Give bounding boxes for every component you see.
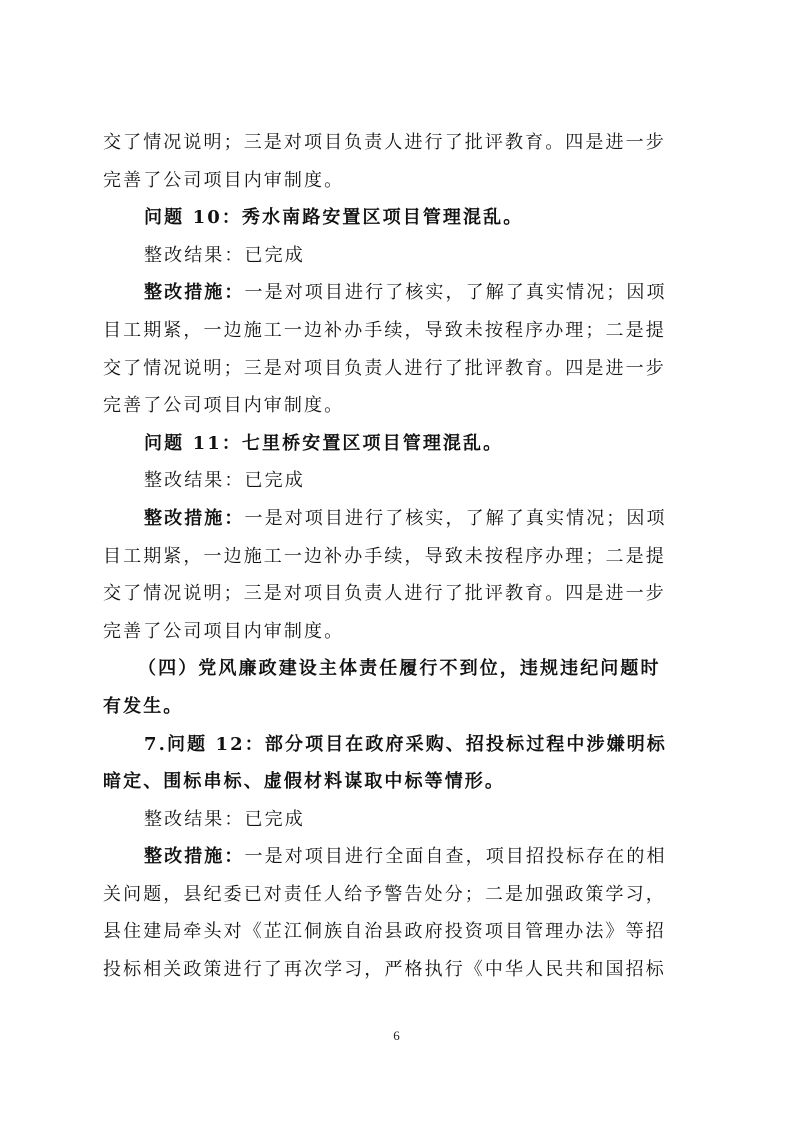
measures-line: 整改措施：一是对项目进行了核实，了解了真实情况；因项 — [103, 274, 693, 312]
issue-heading-10: 问题 10：秀水南路安置区项目管理混乱。 — [103, 199, 693, 237]
measures-line: 整改措施：一是对项目进行了核实，了解了真实情况；因项 — [103, 500, 693, 538]
section-heading-4: （四）党风廉政建设主体责任履行不到位，违规违纪问题时 — [103, 650, 693, 688]
paragraph-line: 交了情况说明；三是对项目负责人进行了批评教育。四是进一步 — [103, 350, 693, 388]
result-line: 整改结果：已完成 — [103, 462, 693, 500]
measures-label: 整改措施： — [144, 846, 245, 867]
paragraph-line: 关问题，县纪委已对责任人给予警告处分；二是加强政策学习， — [103, 876, 693, 914]
result-line: 整改结果：已完成 — [103, 801, 693, 839]
measures-line: 整改措施：一是对项目进行全面自查，项目招投标存在的相 — [103, 838, 693, 876]
page-number: 6 — [0, 1028, 793, 1044]
paragraph-line: 县住建局牵头对《芷江侗族自治县政府投资项目管理办法》等招 — [103, 913, 693, 951]
issue-heading-12-cont: 暗定、围标串标、虚假材料谋取中标等情形。 — [103, 763, 693, 801]
issue-heading-11: 问题 11：七里桥安置区项目管理混乱。 — [103, 425, 693, 463]
result-line: 整改结果：已完成 — [103, 237, 693, 275]
section-heading-4-cont: 有发生。 — [103, 688, 693, 726]
paragraph-line: 投标相关政策进行了再次学习，严格执行《中华人民共和国招标 — [103, 951, 693, 989]
paragraph-line: 目工期紧，一边施工一边补办手续，导致未按程序办理；二是提 — [103, 312, 693, 350]
paragraph-line: 完善了公司项目内审制度。 — [103, 162, 693, 200]
paragraph-line: 完善了公司项目内审制度。 — [103, 387, 693, 425]
paragraph-line: 目工期紧，一边施工一边补办手续，导致未按程序办理；二是提 — [103, 538, 693, 576]
measures-text: 一是对项目进行了核实，了解了真实情况；因项 — [245, 508, 667, 529]
measures-label: 整改措施： — [144, 508, 245, 529]
measures-text: 一是对项目进行全面自查，项目招投标存在的相 — [245, 846, 667, 867]
document-body: 交了情况说明；三是对项目负责人进行了批评教育。四是进一步 完善了公司项目内审制度… — [103, 124, 693, 989]
paragraph-line: 交了情况说明；三是对项目负责人进行了批评教育。四是进一步 — [103, 575, 693, 613]
measures-label: 整改措施： — [144, 282, 245, 303]
paragraph-line: 交了情况说明；三是对项目负责人进行了批评教育。四是进一步 — [103, 124, 693, 162]
measures-text: 一是对项目进行了核实，了解了真实情况；因项 — [245, 282, 667, 303]
paragraph-line: 完善了公司项目内审制度。 — [103, 613, 693, 651]
issue-heading-12: 7.问题 12：部分项目在政府采购、招投标过程中涉嫌明标 — [103, 726, 693, 764]
